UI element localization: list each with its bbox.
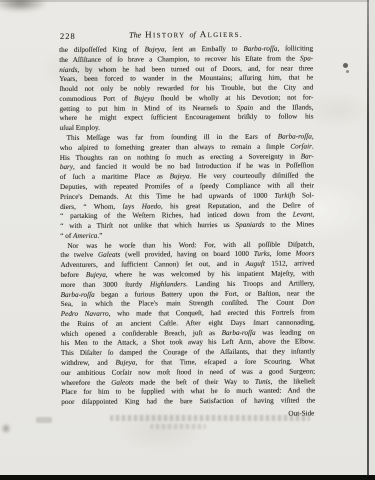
ink-speck <box>343 63 348 68</box>
body-line: where he might expect ſufficient Encoura… <box>60 113 314 124</box>
margin-smudge <box>1 423 11 434</box>
body-text: the diſpoſſeſſed King of Bujeya, ſent an… <box>59 44 315 407</box>
scan-edge-top <box>0 0 375 2</box>
text-block: 228 The HISTORY of ALGIERS. the diſpoſſe… <box>59 28 315 418</box>
scanned-book-page: 228 The HISTORY of ALGIERS. the diſpoſſe… <box>0 0 375 480</box>
scan-stain-top-left <box>0 0 48 12</box>
title-word-of: of <box>189 30 195 39</box>
title-word-algiers: ALGIERS. <box>200 29 243 39</box>
title-word-the: The <box>129 30 141 39</box>
scan-edge-bottom <box>0 475 375 480</box>
bleed-through-smudge <box>36 417 52 423</box>
title-word-history: HISTORY <box>145 29 185 39</box>
catchword: Out-Side <box>61 409 315 419</box>
body-line: poor diſappointed King had the bare Sati… <box>61 397 315 408</box>
page-number: 228 <box>60 31 76 41</box>
running-header: 228 The HISTORY of ALGIERS. <box>59 28 313 45</box>
bleed-through-smudge <box>150 424 206 429</box>
ink-speck <box>346 70 349 73</box>
body-line: “ with a Thirſt not unlike that which hu… <box>60 221 314 232</box>
page-title: The HISTORY of ALGIERS. <box>59 28 313 40</box>
scan-edge-right <box>369 0 375 480</box>
